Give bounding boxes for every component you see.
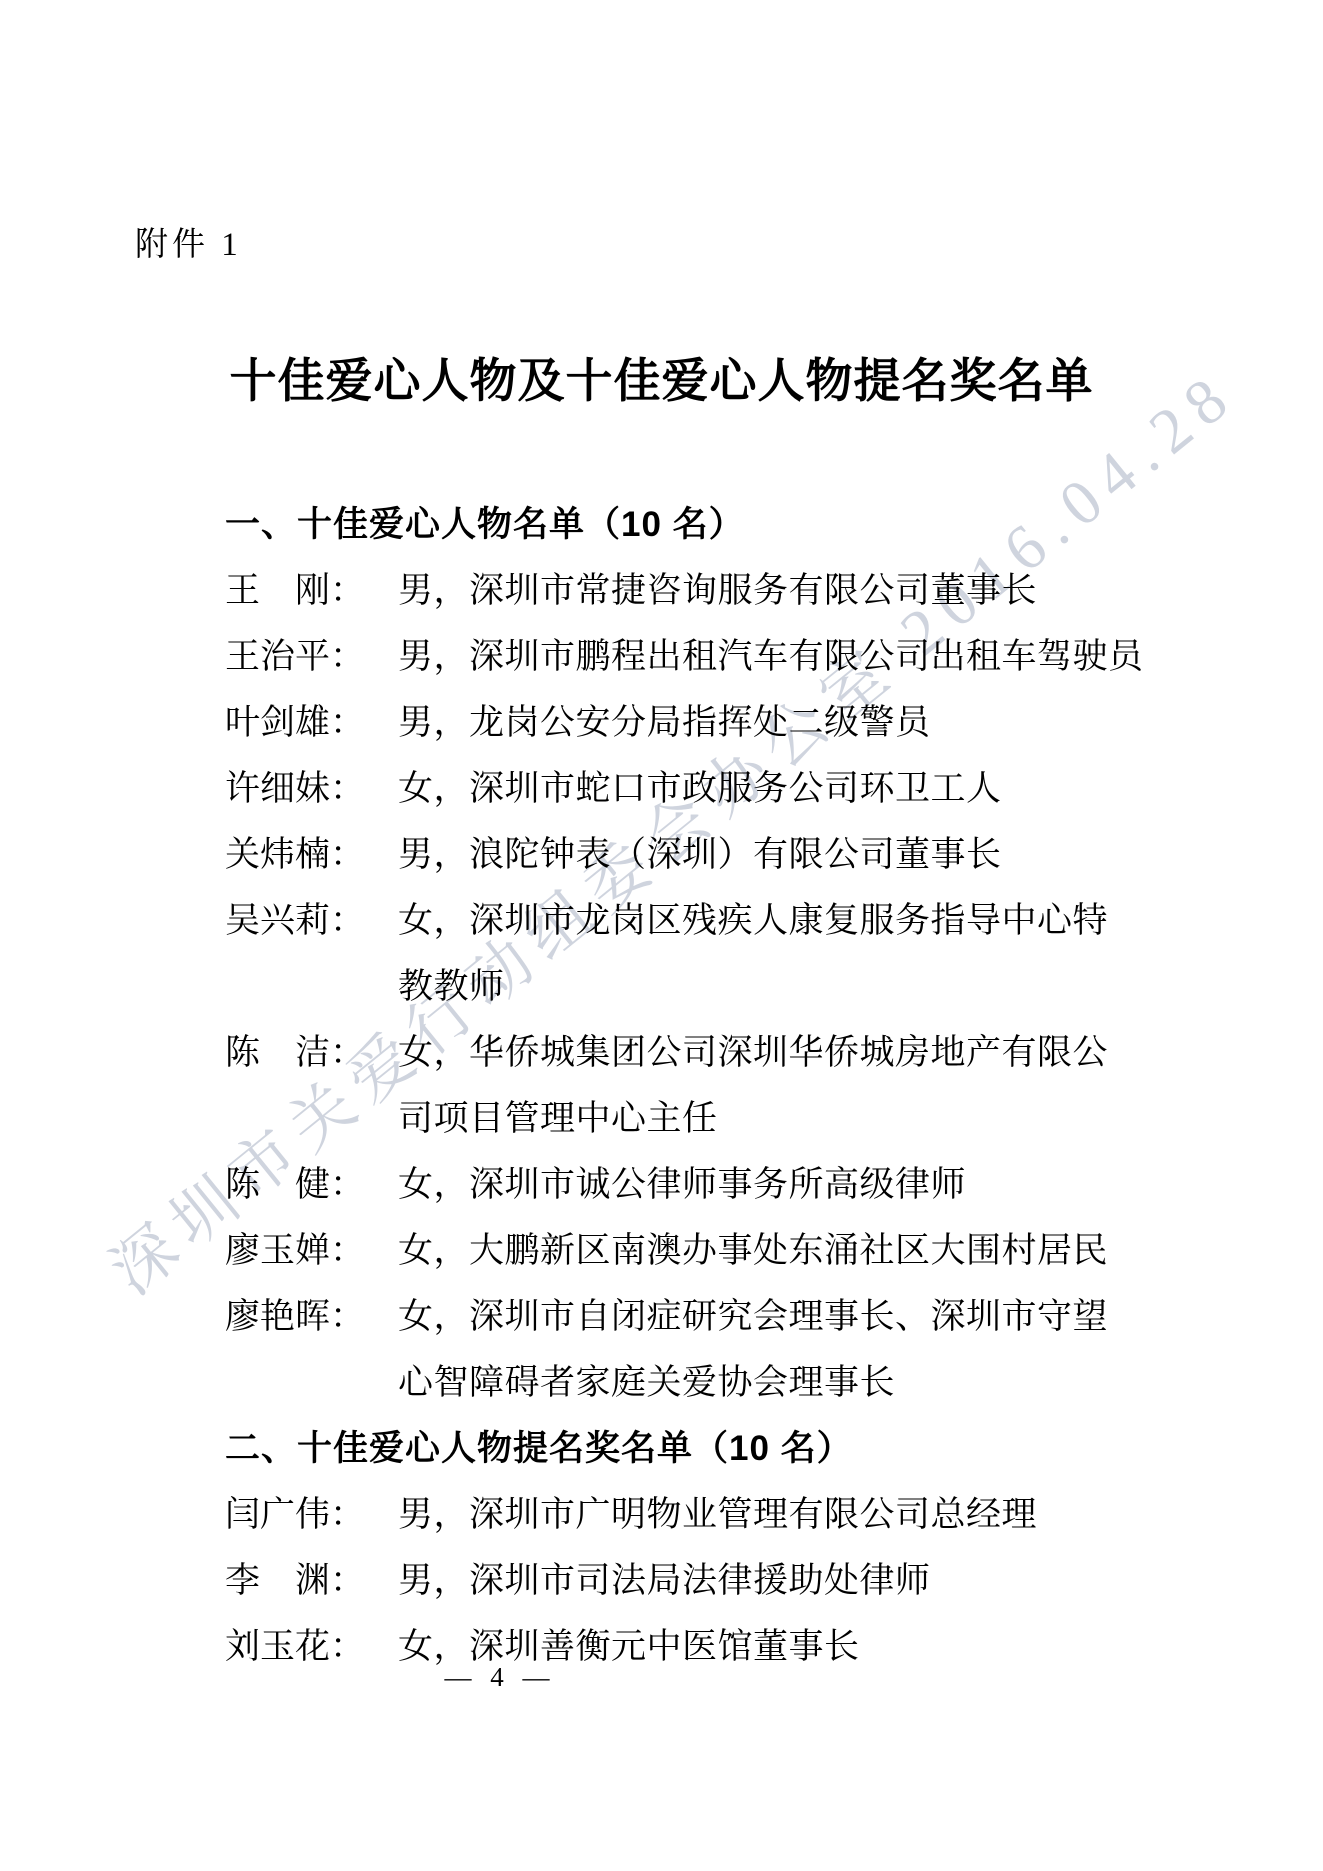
entry-lines: 男，浪陀钟表（深圳）有限公司董事长 — [398, 822, 1002, 888]
entry-name: 廖玉婵： — [225, 1218, 365, 1284]
entry-line: 女，深圳市龙岗区残疾人康复服务指导中心特 — [398, 888, 1108, 954]
list-item: 许细妹： 女，深圳市蛇口市政服务公司环卫工人 — [225, 756, 1225, 822]
entry-lines: 女，华侨城集团公司深圳华侨城房地产有限公 司项目管理中心主任 — [398, 1020, 1108, 1152]
entry-lines: 男，深圳市广明物业管理有限公司总经理 — [398, 1482, 1037, 1548]
document-body: 一、十佳爱心人物名单（10 名） 王 刚： 男，深圳市常捷咨询服务有限公司董事长… — [225, 492, 1225, 1680]
document-page: 深圳市关爱行动组委会办公室 2016.04.28 附件 1 十佳爱心人物及十佳爱… — [0, 0, 1323, 1871]
entry-line: 女，大鹏新区南澳办事处东涌社区大围村居民 — [398, 1218, 1108, 1284]
section-heading: 一、十佳爱心人物名单（10 名） — [225, 492, 1225, 558]
entry-list: 王 刚： 男，深圳市常捷咨询服务有限公司董事长 王治平： 男，深圳市鹏程出租汽车… — [225, 558, 1225, 1416]
list-item: 李 渊： 男，深圳市司法局法律援助处律师 — [225, 1548, 1225, 1614]
entry-line: 男，浪陀钟表（深圳）有限公司董事长 — [398, 822, 1002, 888]
list-item: 吴兴莉： 女，深圳市龙岗区残疾人康复服务指导中心特 教教师 — [225, 888, 1225, 1020]
list-item: 叶剑雄： 男，龙岗公安分局指挥处二级警员 — [225, 690, 1225, 756]
entry-line: 男，深圳市鹏程出租汽车有限公司出租车驾驶员 — [398, 624, 1144, 690]
entry-line: 司项目管理中心主任 — [398, 1086, 1108, 1152]
list-item: 关炜楠： 男，浪陀钟表（深圳）有限公司董事长 — [225, 822, 1225, 888]
section-heading: 二、十佳爱心人物提名奖名单（10 名） — [225, 1416, 1225, 1482]
list-item: 陈 洁： 女，华侨城集团公司深圳华侨城房地产有限公 司项目管理中心主任 — [225, 1020, 1225, 1152]
list-item: 廖艳晖： 女，深圳市自闭症研究会理事长、深圳市守望 心智障碍者家庭关爱协会理事长 — [225, 1284, 1225, 1416]
entry-line: 男，龙岗公安分局指挥处二级警员 — [398, 690, 931, 756]
entry-lines: 男，深圳市鹏程出租汽车有限公司出租车驾驶员 — [398, 624, 1144, 690]
list-item: 闫广伟： 男，深圳市广明物业管理有限公司总经理 — [225, 1482, 1225, 1548]
entry-name: 陈 洁： — [225, 1020, 365, 1086]
entry-name: 廖艳晖： — [225, 1284, 365, 1350]
entry-lines: 女，深圳市自闭症研究会理事长、深圳市守望 心智障碍者家庭关爱协会理事长 — [398, 1284, 1108, 1416]
entry-lines: 女，深圳市蛇口市政服务公司环卫工人 — [398, 756, 1002, 822]
entry-lines: 男，深圳市司法局法律援助处律师 — [398, 1548, 931, 1614]
entry-line: 教教师 — [398, 954, 1108, 1020]
entry-name: 关炜楠： — [225, 822, 365, 888]
entry-lines: 男，龙岗公安分局指挥处二级警员 — [398, 690, 931, 756]
entry-lines: 女，深圳市龙岗区残疾人康复服务指导中心特 教教师 — [398, 888, 1108, 1020]
section: 一、十佳爱心人物名单（10 名） 王 刚： 男，深圳市常捷咨询服务有限公司董事长… — [225, 492, 1225, 1416]
entry-line: 男，深圳市常捷咨询服务有限公司董事长 — [398, 558, 1037, 624]
entry-name: 王 刚： — [225, 558, 365, 624]
entry-name: 王治平： — [225, 624, 365, 690]
entry-line: 男，深圳市司法局法律援助处律师 — [398, 1548, 931, 1614]
entry-name: 吴兴莉： — [225, 888, 365, 954]
entry-name: 闫广伟： — [225, 1482, 365, 1548]
document-title: 十佳爱心人物及十佳爱心人物提名奖名单 — [0, 344, 1323, 411]
entry-line: 心智障碍者家庭关爱协会理事长 — [398, 1350, 1108, 1416]
entry-lines: 男，深圳市常捷咨询服务有限公司董事长 — [398, 558, 1037, 624]
entry-lines: 女，深圳市诚公律师事务所高级律师 — [398, 1152, 966, 1218]
entry-line: 女，深圳市诚公律师事务所高级律师 — [398, 1152, 966, 1218]
section: 二、十佳爱心人物提名奖名单（10 名） 闫广伟： 男，深圳市广明物业管理有限公司… — [225, 1416, 1225, 1680]
entry-line: 女，华侨城集团公司深圳华侨城房地产有限公 — [398, 1020, 1108, 1086]
list-item: 廖玉婵： 女，大鹏新区南澳办事处东涌社区大围村居民 — [225, 1218, 1225, 1284]
entry-name: 叶剑雄： — [225, 690, 365, 756]
entry-line: 女，深圳市自闭症研究会理事长、深圳市守望 — [398, 1284, 1108, 1350]
page-number: — 4 — — [400, 1662, 600, 1693]
entry-name: 刘玉花： — [225, 1614, 365, 1680]
entry-name: 李 渊： — [225, 1548, 365, 1614]
entry-line: 男，深圳市广明物业管理有限公司总经理 — [398, 1482, 1037, 1548]
entry-list: 闫广伟： 男，深圳市广明物业管理有限公司总经理 李 渊： 男，深圳市司法局法律援… — [225, 1482, 1225, 1680]
list-item: 王治平： 男，深圳市鹏程出租汽车有限公司出租车驾驶员 — [225, 624, 1225, 690]
entry-lines: 女，大鹏新区南澳办事处东涌社区大围村居民 — [398, 1218, 1108, 1284]
list-item: 王 刚： 男，深圳市常捷咨询服务有限公司董事长 — [225, 558, 1225, 624]
attachment-label: 附件 1 — [135, 218, 242, 265]
entry-name: 许细妹： — [225, 756, 365, 822]
list-item: 陈 健： 女，深圳市诚公律师事务所高级律师 — [225, 1152, 1225, 1218]
entry-name: 陈 健： — [225, 1152, 365, 1218]
entry-line: 女，深圳市蛇口市政服务公司环卫工人 — [398, 756, 1002, 822]
list-item: 刘玉花： 女，深圳善衡元中医馆董事长 — [225, 1614, 1225, 1680]
